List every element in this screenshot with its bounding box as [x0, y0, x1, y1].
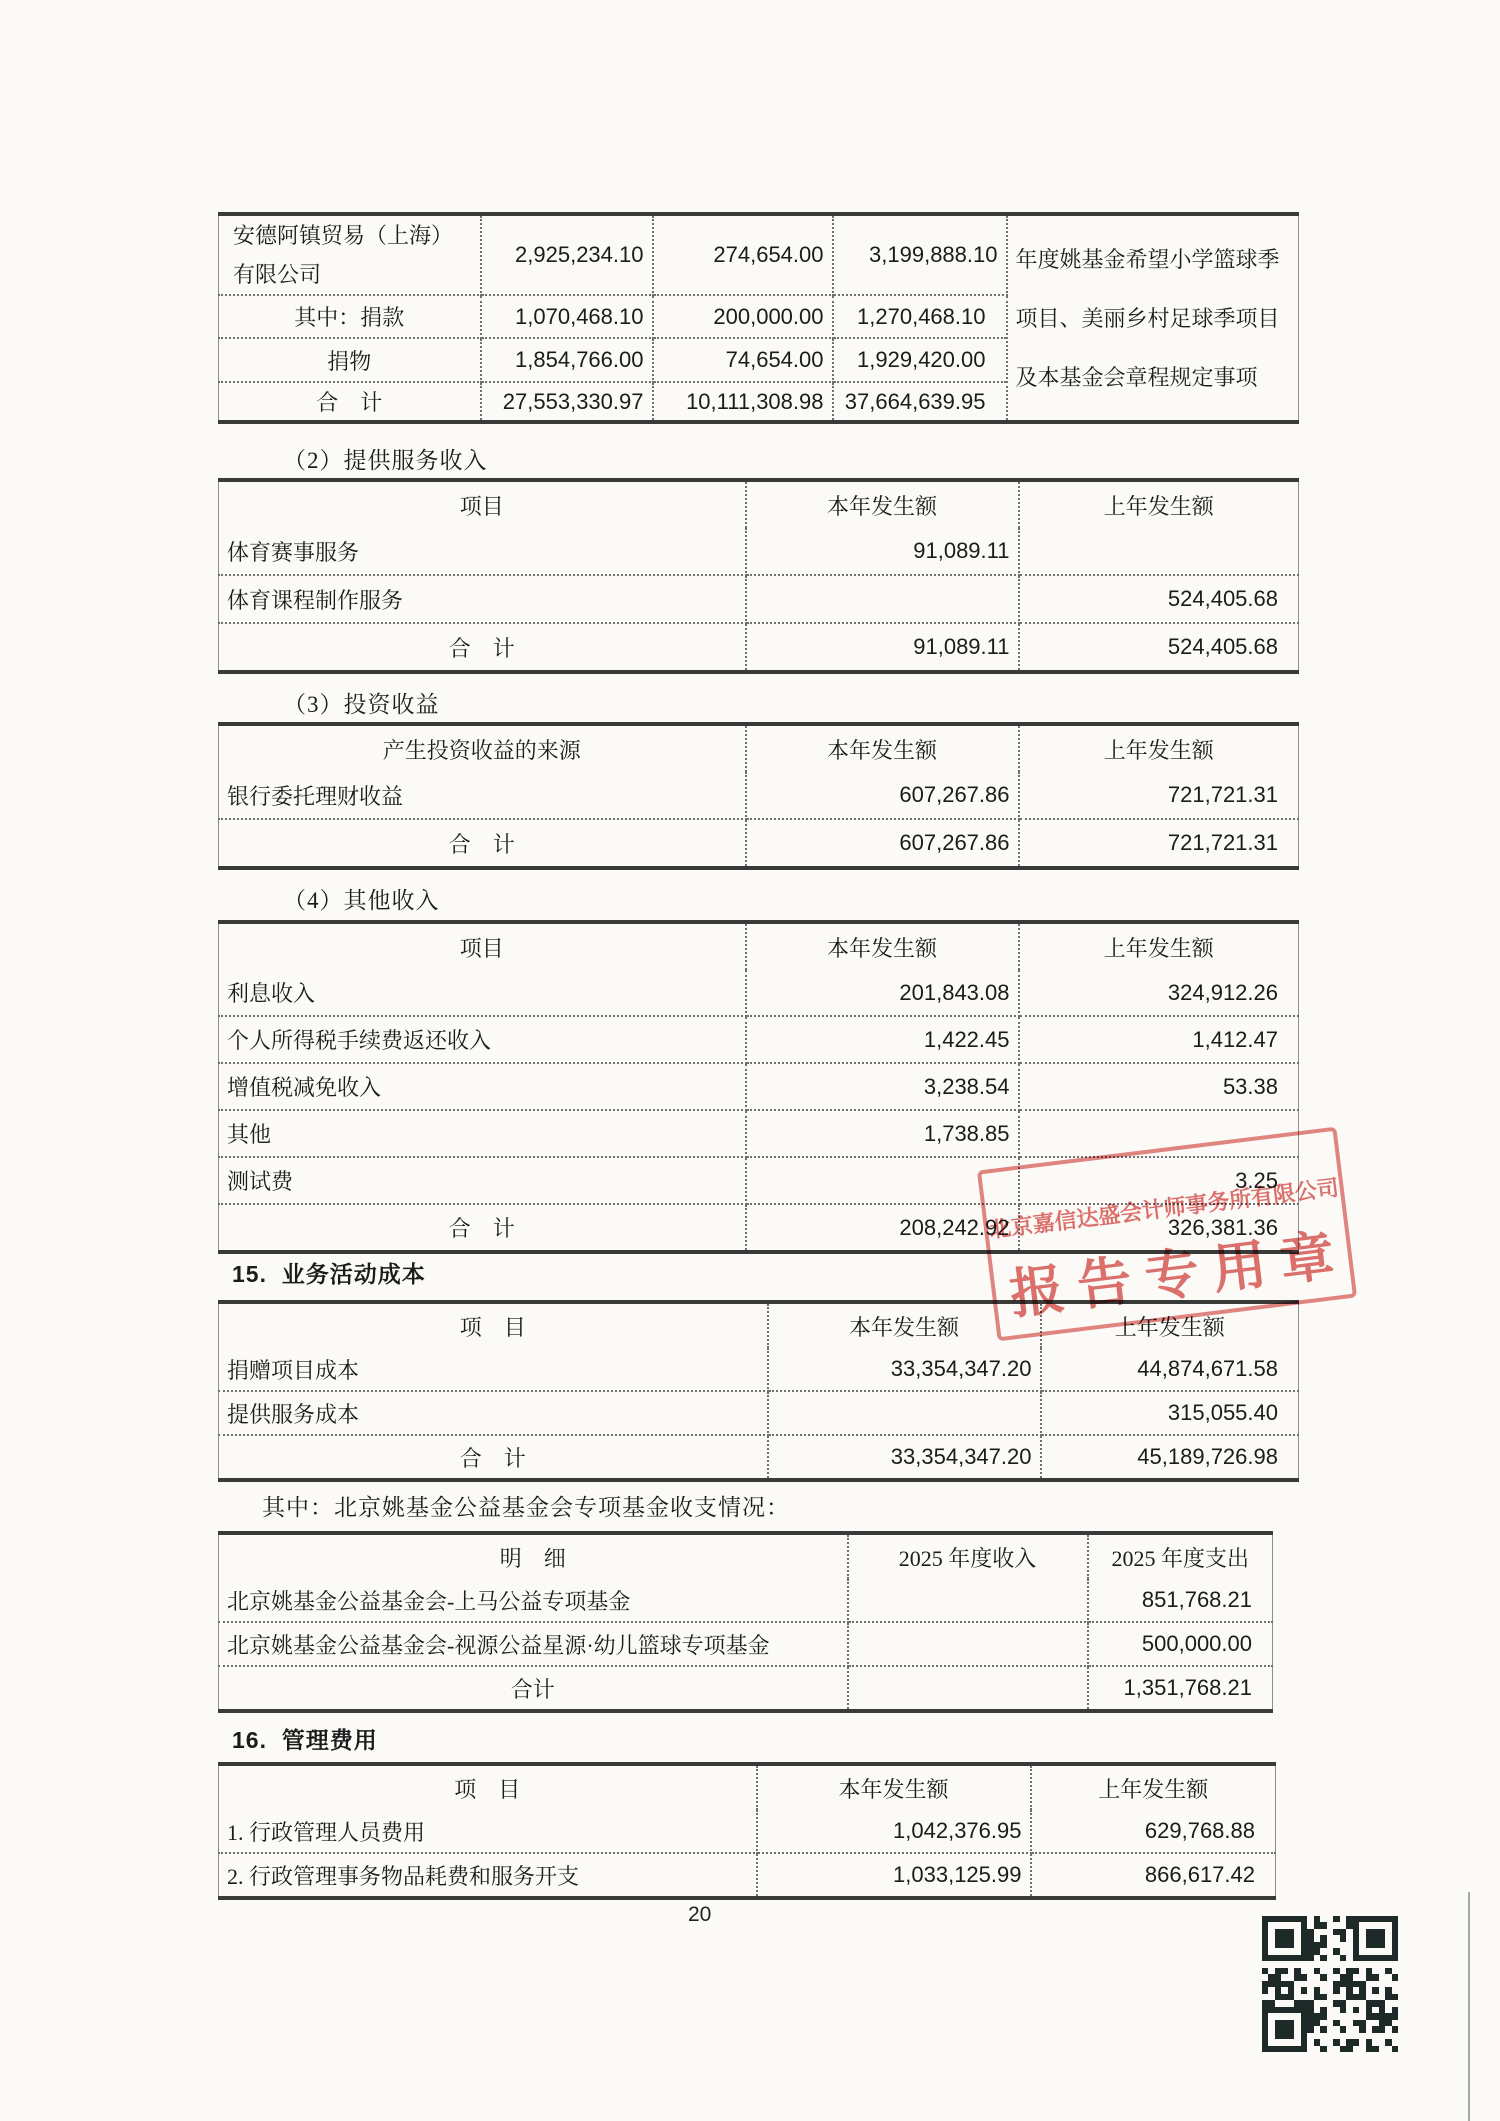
table-row: 北京姚基金公益基金会-视源公益星源·幼儿篮球专项基金500,000.00 [219, 1622, 1273, 1666]
column-header: 上年发生额 [1019, 724, 1299, 772]
amount-cell: 44,874,671.58 [1041, 1348, 1299, 1391]
amount-cell: 524,405.68 [1019, 623, 1299, 672]
remark-cell: 年度姚基金希望小学篮球季 项目、美丽乡村足球季项目 及本基金会章程规定事项 [1007, 214, 1299, 422]
amount-cell: 1,042,376.95 [757, 1810, 1031, 1853]
amount-cell: 1,854,766.00 [481, 338, 653, 382]
amount-cell: 91,089.11 [746, 528, 1019, 575]
amount-cell: 33,354,347.20 [768, 1348, 1041, 1391]
table-row: 体育课程制作服务524,405.68 [219, 575, 1299, 623]
column-header: 项目 [219, 922, 746, 970]
amount-cell [1019, 528, 1299, 575]
section-heading-admin-expense: 16. 管理费用 [232, 1722, 378, 1755]
amount-cell: 1,929,420.00 [833, 338, 1007, 382]
amount-cell: 45,189,726.98 [1041, 1435, 1299, 1480]
amount-cell: 500,000.00 [1088, 1622, 1273, 1666]
amount-cell: 607,267.86 [746, 772, 1019, 819]
amount-cell: 2,925,234.10 [481, 214, 653, 295]
investment-income-table: 产生投资收益的来源本年发生额上年发生额银行委托理财收益607,267.86721… [218, 722, 1299, 870]
section-heading-activity-cost: 15. 业务活动成本 [232, 1256, 426, 1289]
column-header: 上年发生额 [1019, 480, 1299, 528]
row-label: 北京姚基金公益基金会-视源公益星源·幼儿篮球专项基金 [219, 1622, 848, 1666]
column-header: 2025 年度支出 [1088, 1533, 1273, 1579]
special-funds-table: 明 细2025 年度收入2025 年度支出北京姚基金公益基金会-上马公益专项基金… [218, 1531, 1273, 1713]
table-row: 合 计208,242.92326,381.36 [219, 1204, 1299, 1252]
row-label: 捐赠项目成本 [219, 1348, 768, 1391]
amount-cell: 1,351,768.21 [1088, 1666, 1273, 1711]
amount-cell: 3,199,888.10 [833, 214, 1007, 295]
column-header: 本年发生额 [768, 1302, 1041, 1348]
amount-cell: 1,412.47 [1019, 1016, 1299, 1063]
column-header: 上年发生额 [1031, 1764, 1276, 1810]
column-header: 项目 [219, 480, 746, 528]
amount-cell: 208,242.92 [746, 1204, 1019, 1252]
amount-cell: 315,055.40 [1041, 1391, 1299, 1435]
column-header: 产生投资收益的来源 [219, 724, 746, 772]
table-row: 其他1,738.85 [219, 1110, 1299, 1157]
amount-cell: 524,405.68 [1019, 575, 1299, 623]
row-label: 北京姚基金公益基金会-上马公益专项基金 [219, 1579, 848, 1622]
amount-cell: 37,664,639.95 [833, 382, 1007, 422]
row-label: 增值税减免收入 [219, 1063, 746, 1110]
row-label: 其他 [219, 1110, 746, 1157]
row-label: 安德阿镇贸易（上海） 有限公司 [219, 214, 481, 295]
column-header: 项 目 [219, 1764, 757, 1810]
table-row: 合 计33,354,347.2045,189,726.98 [219, 1435, 1299, 1480]
table-row: 合 计91,089.11524,405.68 [219, 623, 1299, 672]
table-row: 安德阿镇贸易（上海） 有限公司 2,925,234.10 274,654.00 … [219, 214, 1299, 295]
table-row: 体育赛事服务91,089.11 [219, 528, 1299, 575]
table-row: 合计1,351,768.21 [219, 1666, 1273, 1711]
table-row: 银行委托理财收益607,267.86721,721.31 [219, 772, 1299, 819]
amount-cell [848, 1622, 1088, 1666]
amount-cell: 721,721.31 [1019, 772, 1299, 819]
amount-cell: 3,238.54 [746, 1063, 1019, 1110]
amount-cell: 326,381.36 [1019, 1204, 1299, 1252]
remark-line: 年度姚基金希望小学篮球季 [1016, 230, 1291, 289]
row-label: 合 计 [219, 819, 746, 868]
header-row: 项 目本年发生额上年发生额 [219, 1764, 1276, 1810]
amount-cell [746, 1157, 1019, 1204]
section-heading-other-income: （4）其他收入 [283, 882, 440, 915]
row-label: 测试费 [219, 1157, 746, 1204]
row-label: 体育课程制作服务 [219, 575, 746, 623]
amount-cell: 629,768.88 [1031, 1810, 1276, 1853]
amount-cell: 53.38 [1019, 1063, 1299, 1110]
column-header: 上年发生额 [1041, 1302, 1299, 1348]
header-row: 产生投资收益的来源本年发生额上年发生额 [219, 724, 1299, 772]
row-label: 合计 [219, 1666, 848, 1711]
activity-cost-table: 项 目本年发生额上年发生额捐赠项目成本33,354,347.2044,874,6… [218, 1300, 1299, 1482]
table-row: 2. 行政管理事务物品耗费和服务开支1,033,125.99866,617.42 [219, 1853, 1276, 1898]
qr-code [1262, 1916, 1398, 2052]
column-header: 项 目 [219, 1302, 768, 1348]
row-label: 体育赛事服务 [219, 528, 746, 575]
amount-cell: 1,070,468.10 [481, 295, 653, 338]
section-heading-investment-income: （3）投资收益 [283, 686, 440, 719]
amount-cell: 33,354,347.20 [768, 1435, 1041, 1480]
amount-cell: 851,768.21 [1088, 1579, 1273, 1622]
amount-cell: 3.25 [1019, 1157, 1299, 1204]
admin-expense-table: 项 目本年发生额上年发生额1. 行政管理人员费用1,042,376.95629,… [218, 1762, 1276, 1900]
row-label: 合 计 [219, 1204, 746, 1252]
row-label: 个人所得税手续费返还收入 [219, 1016, 746, 1063]
amount-cell: 607,267.86 [746, 819, 1019, 868]
table-row: 合 计607,267.86721,721.31 [219, 819, 1299, 868]
amount-cell: 324,912.26 [1019, 970, 1299, 1016]
column-header: 本年发生额 [746, 922, 1019, 970]
amount-cell [1019, 1110, 1299, 1157]
page-number: 20 [688, 1903, 711, 1927]
amount-cell: 1,738.85 [746, 1110, 1019, 1157]
row-label: 1. 行政管理人员费用 [219, 1810, 757, 1853]
amount-cell: 1,422.45 [746, 1016, 1019, 1063]
column-header: 本年发生额 [746, 724, 1019, 772]
amount-cell: 27,553,330.97 [481, 382, 653, 422]
donor-name-line2: 有限公司 [233, 255, 472, 294]
amount-cell: 201,843.08 [746, 970, 1019, 1016]
amount-cell: 200,000.00 [653, 295, 833, 338]
table-row: 北京姚基金公益基金会-上马公益专项基金851,768.21 [219, 1579, 1273, 1622]
row-label: 其中：捐款 [219, 295, 481, 338]
header-row: 明 细2025 年度收入2025 年度支出 [219, 1533, 1273, 1579]
amount-cell [848, 1579, 1088, 1622]
column-header: 2025 年度收入 [848, 1533, 1088, 1579]
amount-cell: 1,033,125.99 [757, 1853, 1031, 1898]
amount-cell: 721,721.31 [1019, 819, 1299, 868]
amount-cell [848, 1666, 1088, 1711]
row-label: 银行委托理财收益 [219, 772, 746, 819]
remark-line: 及本基金会章程规定事项 [1016, 348, 1291, 407]
amount-cell [768, 1391, 1041, 1435]
amount-cell: 866,617.42 [1031, 1853, 1276, 1898]
remark-line: 项目、美丽乡村足球季项目 [1016, 289, 1291, 348]
header-row: 项目本年发生额上年发生额 [219, 922, 1299, 970]
amount-cell: 1,270,468.10 [833, 295, 1007, 338]
amount-cell: 74,654.00 [653, 338, 833, 382]
table-row: 利息收入201,843.08324,912.26 [219, 970, 1299, 1016]
column-header: 本年发生额 [746, 480, 1019, 528]
header-row: 项 目本年发生额上年发生额 [219, 1302, 1299, 1348]
amount-cell: 274,654.00 [653, 214, 833, 295]
column-header: 本年发生额 [757, 1764, 1031, 1810]
table-row: 测试费3.25 [219, 1157, 1299, 1204]
row-label: 捐物 [219, 338, 481, 382]
table-row: 个人所得税手续费返还收入1,422.451,412.47 [219, 1016, 1299, 1063]
row-label: 2. 行政管理事务物品耗费和服务开支 [219, 1853, 757, 1898]
row-label: 合 计 [219, 382, 481, 422]
amount-cell [746, 575, 1019, 623]
amount-cell: 10,111,308.98 [653, 382, 833, 422]
service-income-table: 项目本年发生额上年发生额体育赛事服务91,089.11体育课程制作服务524,4… [218, 478, 1299, 674]
row-label: 提供服务成本 [219, 1391, 768, 1435]
section-heading-service-income: （2）提供服务收入 [283, 442, 488, 475]
table-row: 增值税减免收入3,238.5453.38 [219, 1063, 1299, 1110]
header-row: 项目本年发生额上年发生额 [219, 480, 1299, 528]
row-label: 合 计 [219, 623, 746, 672]
amount-cell: 91,089.11 [746, 623, 1019, 672]
special-funds-note: 其中：北京姚基金公益基金会专项基金收支情况： [262, 1489, 790, 1522]
column-header: 明 细 [219, 1533, 848, 1579]
table-row: 提供服务成本315,055.40 [219, 1391, 1299, 1435]
row-label: 合 计 [219, 1435, 768, 1480]
table-row: 1. 行政管理人员费用1,042,376.95629,768.88 [219, 1810, 1276, 1853]
donor-contribution-table: 安德阿镇贸易（上海） 有限公司 2,925,234.10 274,654.00 … [218, 212, 1299, 424]
table-row: 捐赠项目成本33,354,347.2044,874,671.58 [219, 1348, 1299, 1391]
donor-name-line1: 安德阿镇贸易（上海） [233, 216, 472, 255]
row-label: 利息收入 [219, 970, 746, 1016]
column-header: 上年发生额 [1019, 922, 1299, 970]
other-income-table: 项目本年发生额上年发生额利息收入201,843.08324,912.26个人所得… [218, 920, 1299, 1254]
scan-edge-line [1468, 1892, 1470, 2121]
